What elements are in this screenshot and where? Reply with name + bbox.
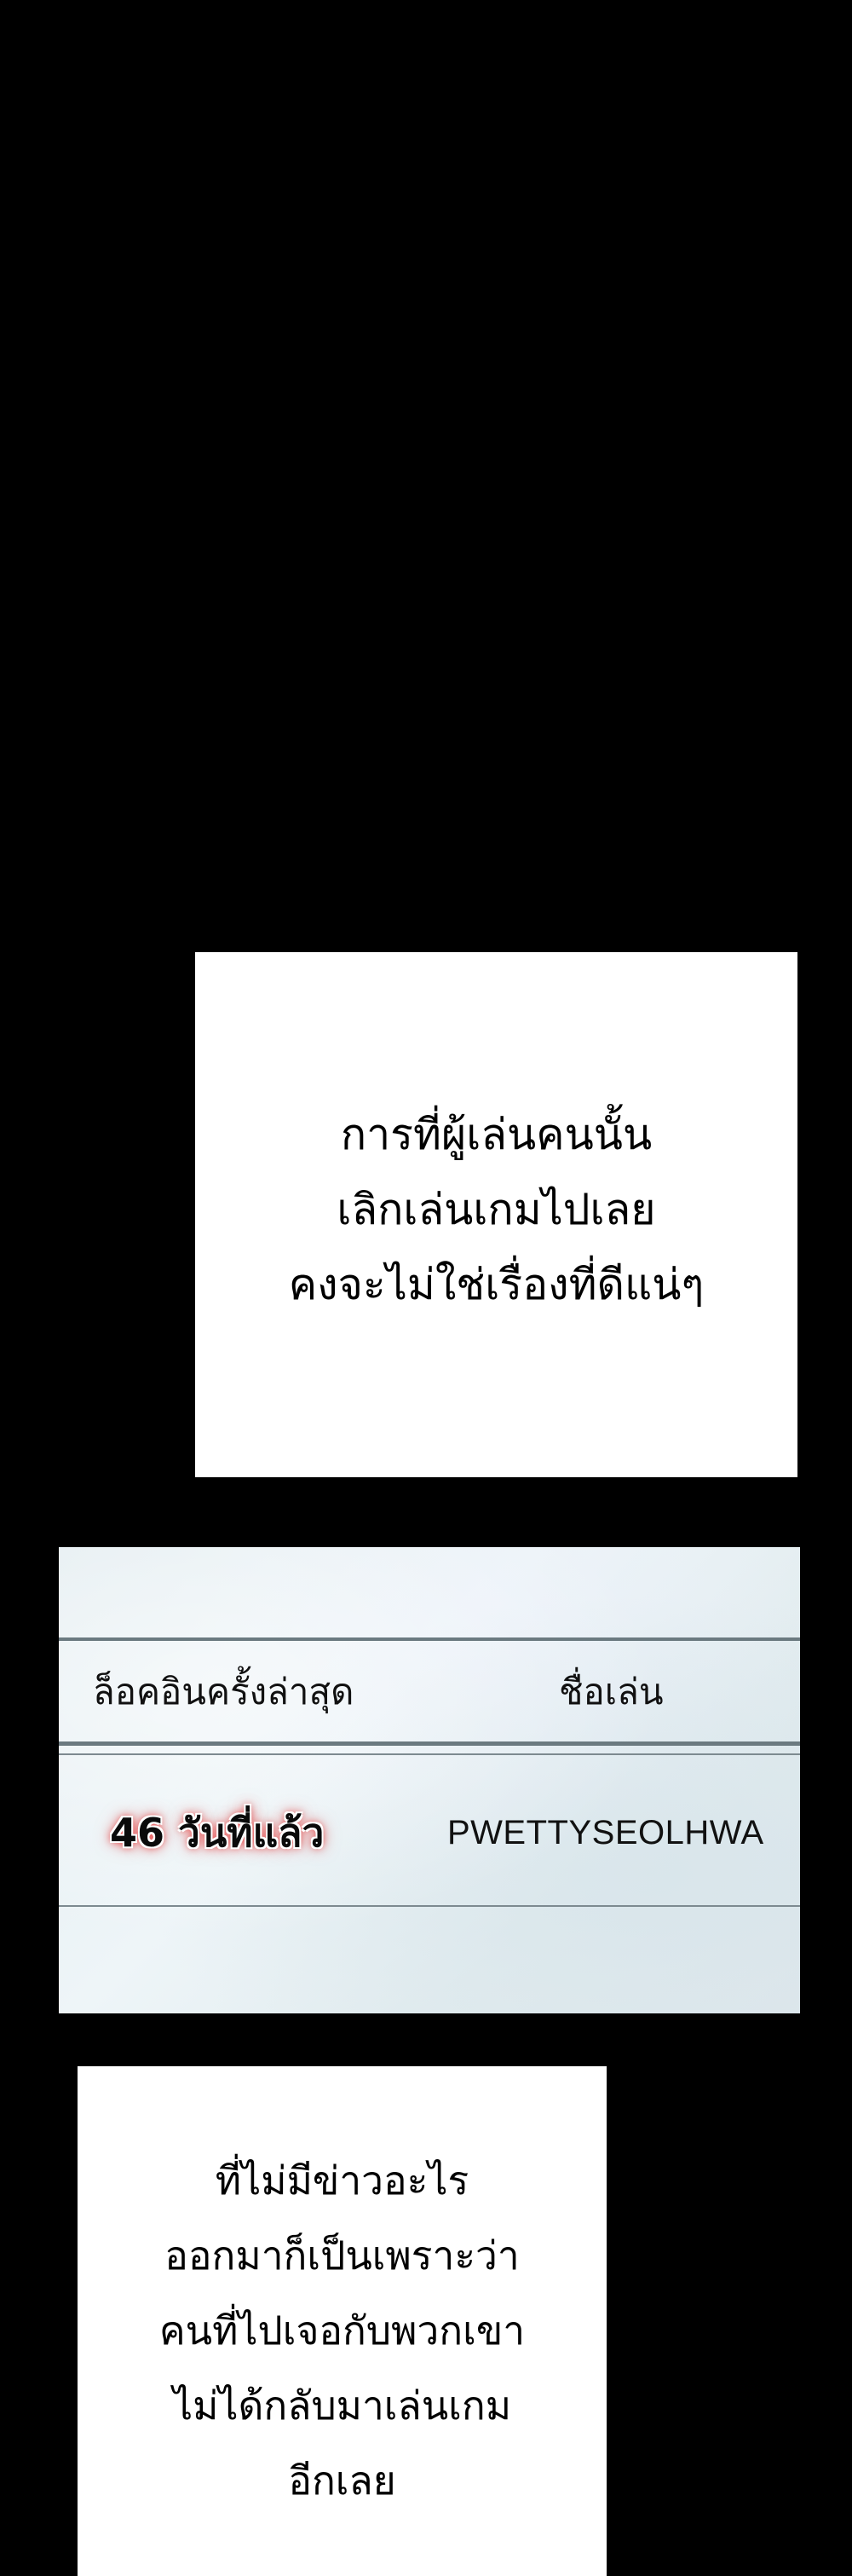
cell-last-login-value: 46 วันที่แล้ว xyxy=(110,1794,324,1871)
narration-panel-1: การที่ผู้เล่นคนนั้น เลิกเล่นเกมไปเลย คงจ… xyxy=(195,952,797,1477)
column-header-nickname: ชื่อเล่น xyxy=(559,1654,664,1730)
narration-text: ที่ไม่มีข่าวอะไร ออกมาก็เป็นเพราะว่า คนท… xyxy=(78,2143,607,2518)
narration-line: อีกเลย xyxy=(78,2443,607,2518)
narration-line: ไม่ได้กลับมาเล่นเกม xyxy=(78,2368,607,2443)
table-divider-bottom xyxy=(59,1905,800,1907)
player-status-table-panel: ล็อคอินครั้งล่าสุด ชื่อเล่น 46 วันที่แล้… xyxy=(59,1547,800,2013)
column-header-last-login: ล็อคอินครั้งล่าสุด xyxy=(93,1654,354,1730)
narration-line: คงจะไม่ใช่เรื่องที่ดีแน่ๆ xyxy=(195,1247,797,1322)
narration-line: การที่ผู้เล่นคนนั้น xyxy=(195,1097,797,1172)
narration-line: เลิกเล่นเกมไปเลย xyxy=(195,1172,797,1247)
cell-nickname-value: PWETTYSEOLHWA xyxy=(447,1794,764,1871)
narration-line: ที่ไม่มีข่าวอะไร xyxy=(78,2143,607,2218)
narration-line: คนที่ไปเจอกับพวกเขา xyxy=(78,2293,607,2368)
table-divider-header-thick xyxy=(59,1741,800,1746)
table-divider-header-thin xyxy=(59,1753,800,1755)
narration-line: ออกมาก็เป็นเพราะว่า xyxy=(78,2218,607,2293)
narration-text: การที่ผู้เล่นคนนั้น เลิกเล่นเกมไปเลย คงจ… xyxy=(195,1097,797,1322)
comic-page: การที่ผู้เล่นคนนั้น เลิกเล่นเกมไปเลย คงจ… xyxy=(0,0,852,2576)
table-divider-top xyxy=(59,1637,800,1641)
narration-panel-2: ที่ไม่มีข่าวอะไร ออกมาก็เป็นเพราะว่า คนท… xyxy=(78,2066,607,2576)
